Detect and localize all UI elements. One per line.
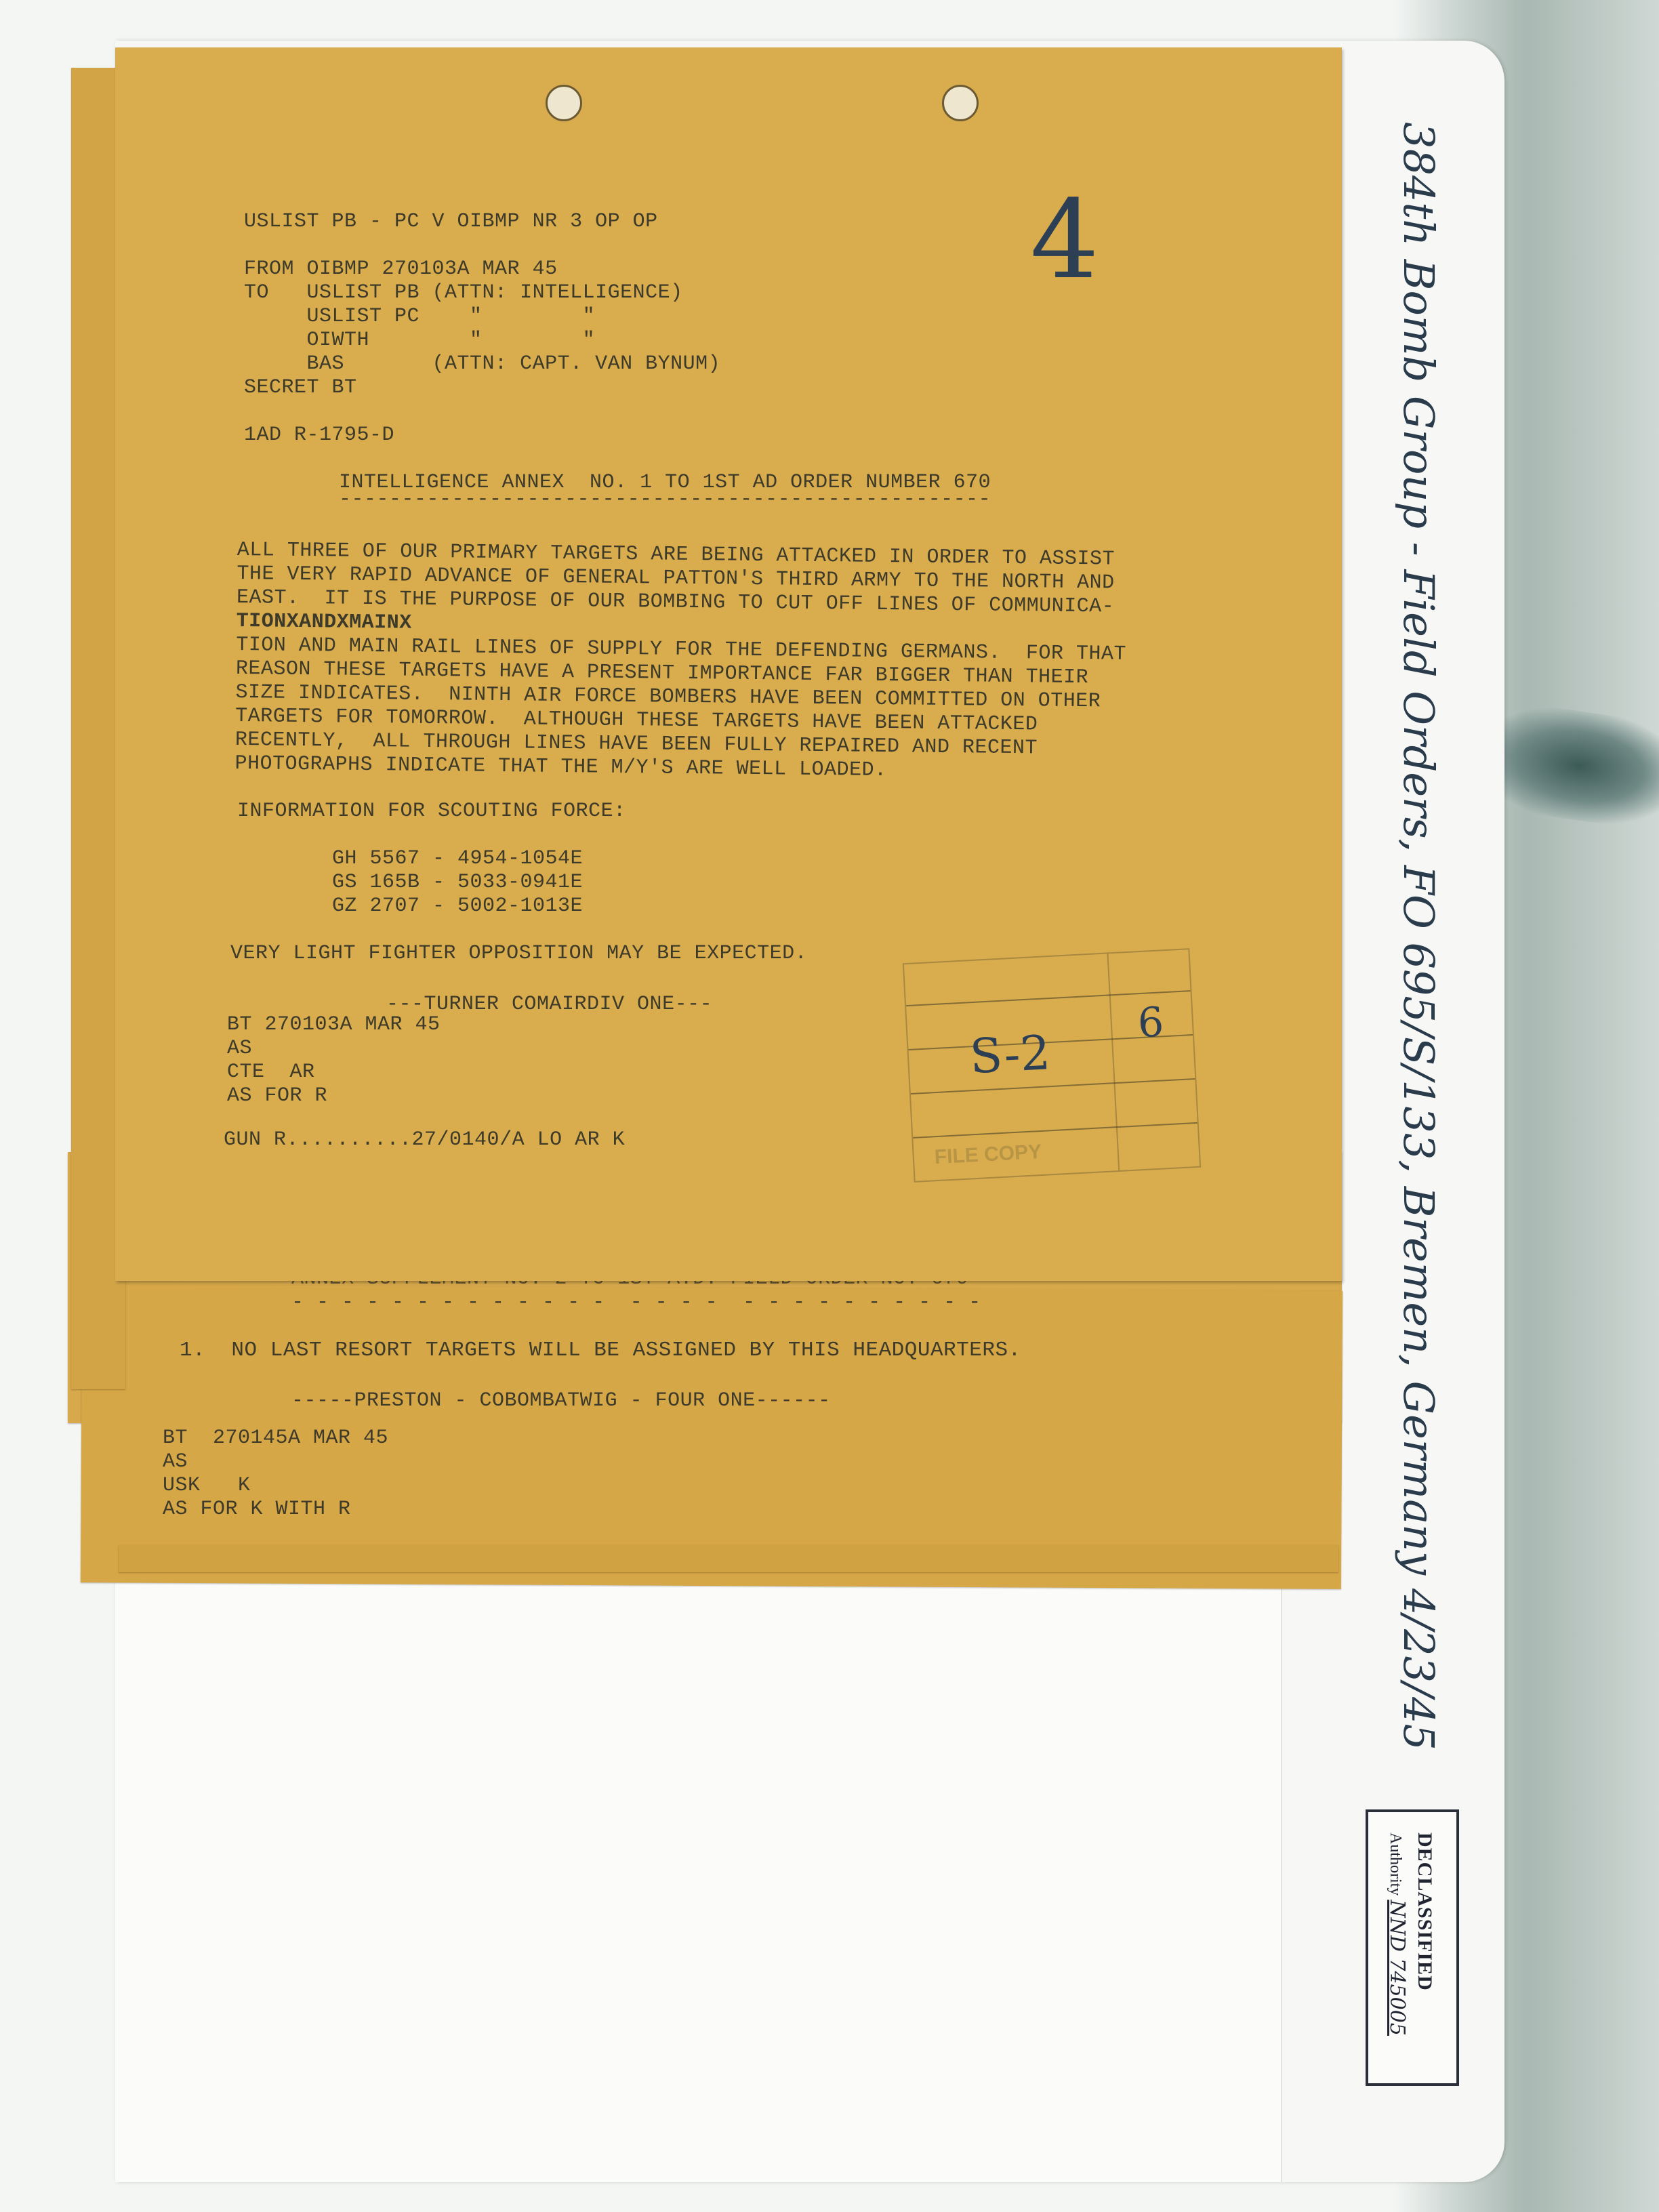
opposition-note: VERY LIGHT FIGHTER OPPOSITION MAY BE EXP… <box>230 942 807 966</box>
declassified-authority: Authority NND 745005 <box>1385 1832 1409 2036</box>
closing-line: BT 270103A MAR 45 <box>227 1013 441 1037</box>
closing-block: BT 270103A MAR 45 AS CTE AR AS FOR R <box>227 1013 441 1108</box>
to-line: BAS (ATTN: CAPT. VAN BYNUM) <box>244 352 720 376</box>
lower-sheet-rule: - - - - - - - - - - - - - - - - - - - - … <box>291 1291 981 1315</box>
lower-sheet-closing: BT 270145A MAR 45 AS USK K AS FOR K WITH… <box>163 1427 388 1521</box>
title-rule: ----------------------------------------… <box>339 488 991 512</box>
closing-line: CTE AR <box>227 1061 441 1084</box>
body-paragraph: ALL THREE OF OUR PRIMARY TARGETS ARE BEI… <box>234 539 1127 785</box>
closing-line: AS <box>227 1037 441 1061</box>
stamp-rule <box>913 1122 1197 1139</box>
from-line: FROM OIBMP 270103A MAR 45 <box>244 258 558 281</box>
lower-closing-line: AS <box>163 1450 388 1474</box>
declassified-title: DECLASSIFIED <box>1413 1832 1436 2036</box>
declassified-stamp: DECLASSIFIED Authority NND 745005 <box>1366 1809 1459 2086</box>
transmission-line: GUN R..........27/0140/A LO AR K <box>224 1128 625 1152</box>
to-line: OIWTH " " <box>244 329 720 352</box>
folder-handwritten-annotation: 384th Bomb Group - Field Orders, FO 695/… <box>1394 122 1443 1750</box>
back-sheet-3 <box>119 1545 1338 1572</box>
stamp-rule <box>911 1078 1195 1094</box>
to-line: USLIST PC " " <box>244 305 720 329</box>
punch-hole-left <box>546 85 582 121</box>
file-copy-stamp: S-2 6 FILE COPY <box>903 948 1201 1183</box>
reference: 1AD R-1795-D <box>244 424 394 447</box>
scouting-target: GS 165B - 5033-0941E <box>332 871 583 895</box>
lower-closing-line: AS FOR K WITH R <box>163 1498 388 1521</box>
lower-sheet-signature: -----PRESTON - COBOMBATWIG - FOUR ONE---… <box>291 1389 831 1413</box>
stamp-entry-handwritten: S-2 <box>968 1025 1052 1084</box>
lower-closing-line: BT 270145A MAR 45 <box>163 1427 388 1450</box>
scouting-heading: INFORMATION FOR SCOUTING FORCE: <box>237 800 626 823</box>
punch-hole-right <box>942 85 979 121</box>
scouting-target: GZ 2707 - 5002-1013E <box>332 895 583 918</box>
folder-inner-page <box>115 1559 1282 2182</box>
scouting-target: GH 5567 - 4954-1054E <box>332 847 583 871</box>
handwritten-page-number: 4 <box>1030 176 1099 303</box>
header-line: USLIST PB - PC V OIBMP NR 3 OP OP <box>244 210 658 234</box>
stamp-divider <box>1107 954 1120 1170</box>
stamp-file-copy-label: FILE COPY <box>934 1141 1042 1169</box>
authority-label: Authority <box>1387 1832 1404 1896</box>
to-line: TO USLIST PB (ATTN: INTELLIGENCE) <box>244 281 720 305</box>
lower-closing-line: USK K <box>163 1474 388 1498</box>
authority-value: NND 745005 <box>1385 1900 1409 2036</box>
closing-line: AS FOR R <box>227 1084 441 1108</box>
to-block: TO USLIST PB (ATTN: INTELLIGENCE) USLIST… <box>244 281 720 376</box>
lower-sheet-item-1: 1. NO LAST RESORT TARGETS WILL BE ASSIGN… <box>180 1338 1021 1362</box>
scouting-targets: GH 5567 - 4954-1054E GS 165B - 5033-0941… <box>332 847 583 918</box>
classification: SECRET BT <box>244 376 357 400</box>
stamp-count-handwritten: 6 <box>1136 998 1165 1047</box>
